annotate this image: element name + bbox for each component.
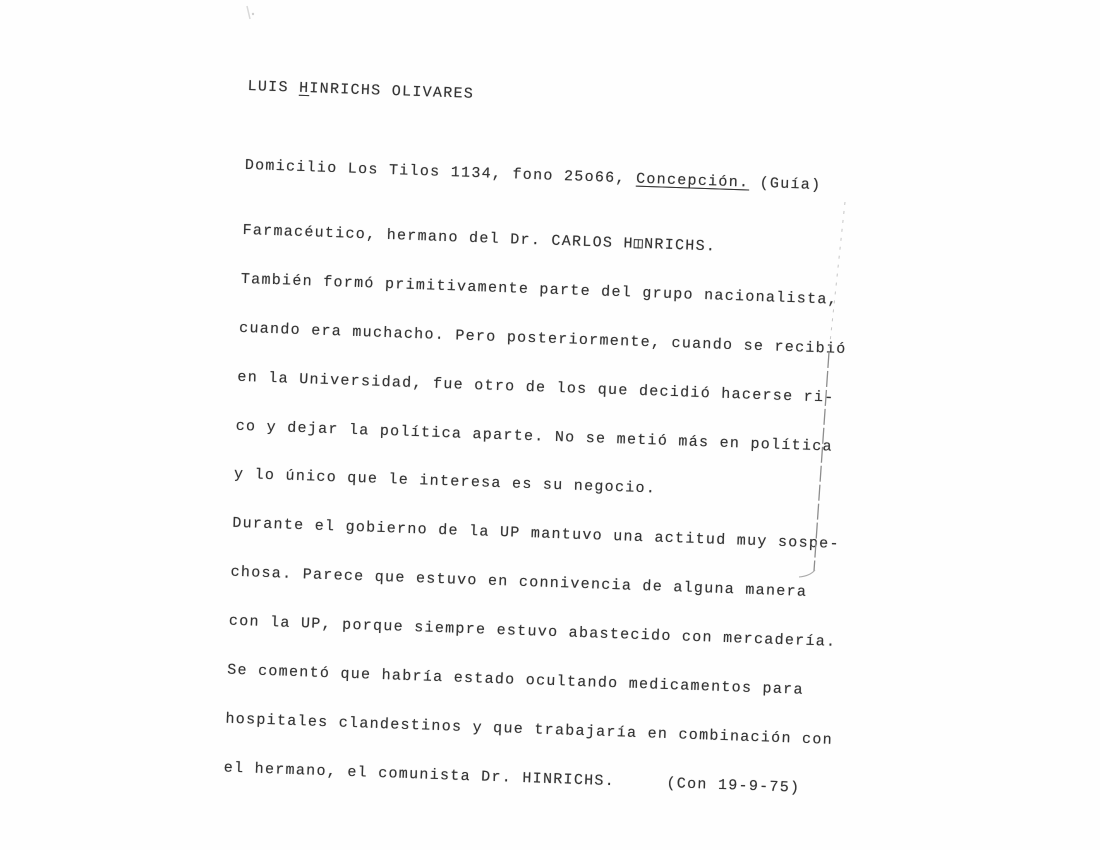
- title-segment: LUIS: [247, 78, 299, 97]
- text-line: chosa. Parece que estuvo en connivencia …: [230, 565, 838, 602]
- text-line: hospitales clandestinos y que trabajaría…: [225, 711, 833, 748]
- text-line: cuando era muchacho. Pero posteriormente…: [239, 321, 847, 358]
- text-segment: (Guía): [749, 174, 822, 194]
- scan-dot-mark: [252, 13, 254, 15]
- typewritten-text-block: LUIS HINRICHS OLIVARES Domicilio Los Til…: [222, 46, 856, 830]
- text-line: Se comentó que habría estado ocultando m…: [227, 663, 835, 700]
- underlined-text: Concepción.: [636, 170, 750, 191]
- text-line: También formó primitivamente parte del g…: [241, 272, 849, 309]
- text-line: Domicilio Los Tilos 1134, fono 25o66, Co…: [245, 158, 853, 195]
- text-segment: Domicilio Los Tilos 1134, fono 25o66,: [245, 157, 637, 188]
- scanned-document-page: LUIS HINRICHS OLIVARES Domicilio Los Til…: [0, 0, 1100, 850]
- document-title: LUIS HINRICHS OLIVARES: [247, 79, 855, 116]
- text-line: en la Universidad, fue otro de los que d…: [237, 369, 845, 406]
- title-segment: INRICHS OLIVARES: [309, 80, 474, 103]
- text-line: y lo único que le interesa es su negocio…: [234, 467, 842, 504]
- text-line: co y dejar la política aparte. No se met…: [235, 418, 843, 455]
- text-line: Farmacéutico, hermano del Dr. CARLOS H◫N…: [242, 223, 850, 260]
- scan-smudge-mark: [247, 6, 250, 19]
- text-line: Durante el gobierno de la UP mantuvo una…: [232, 516, 840, 553]
- title-underlined-letter: H: [299, 79, 310, 96]
- text-line: el hermano, el comunista Dr. HINRICHS. (…: [223, 760, 831, 797]
- text-line: con la UP, porque siempre estuvo abastec…: [229, 614, 837, 651]
